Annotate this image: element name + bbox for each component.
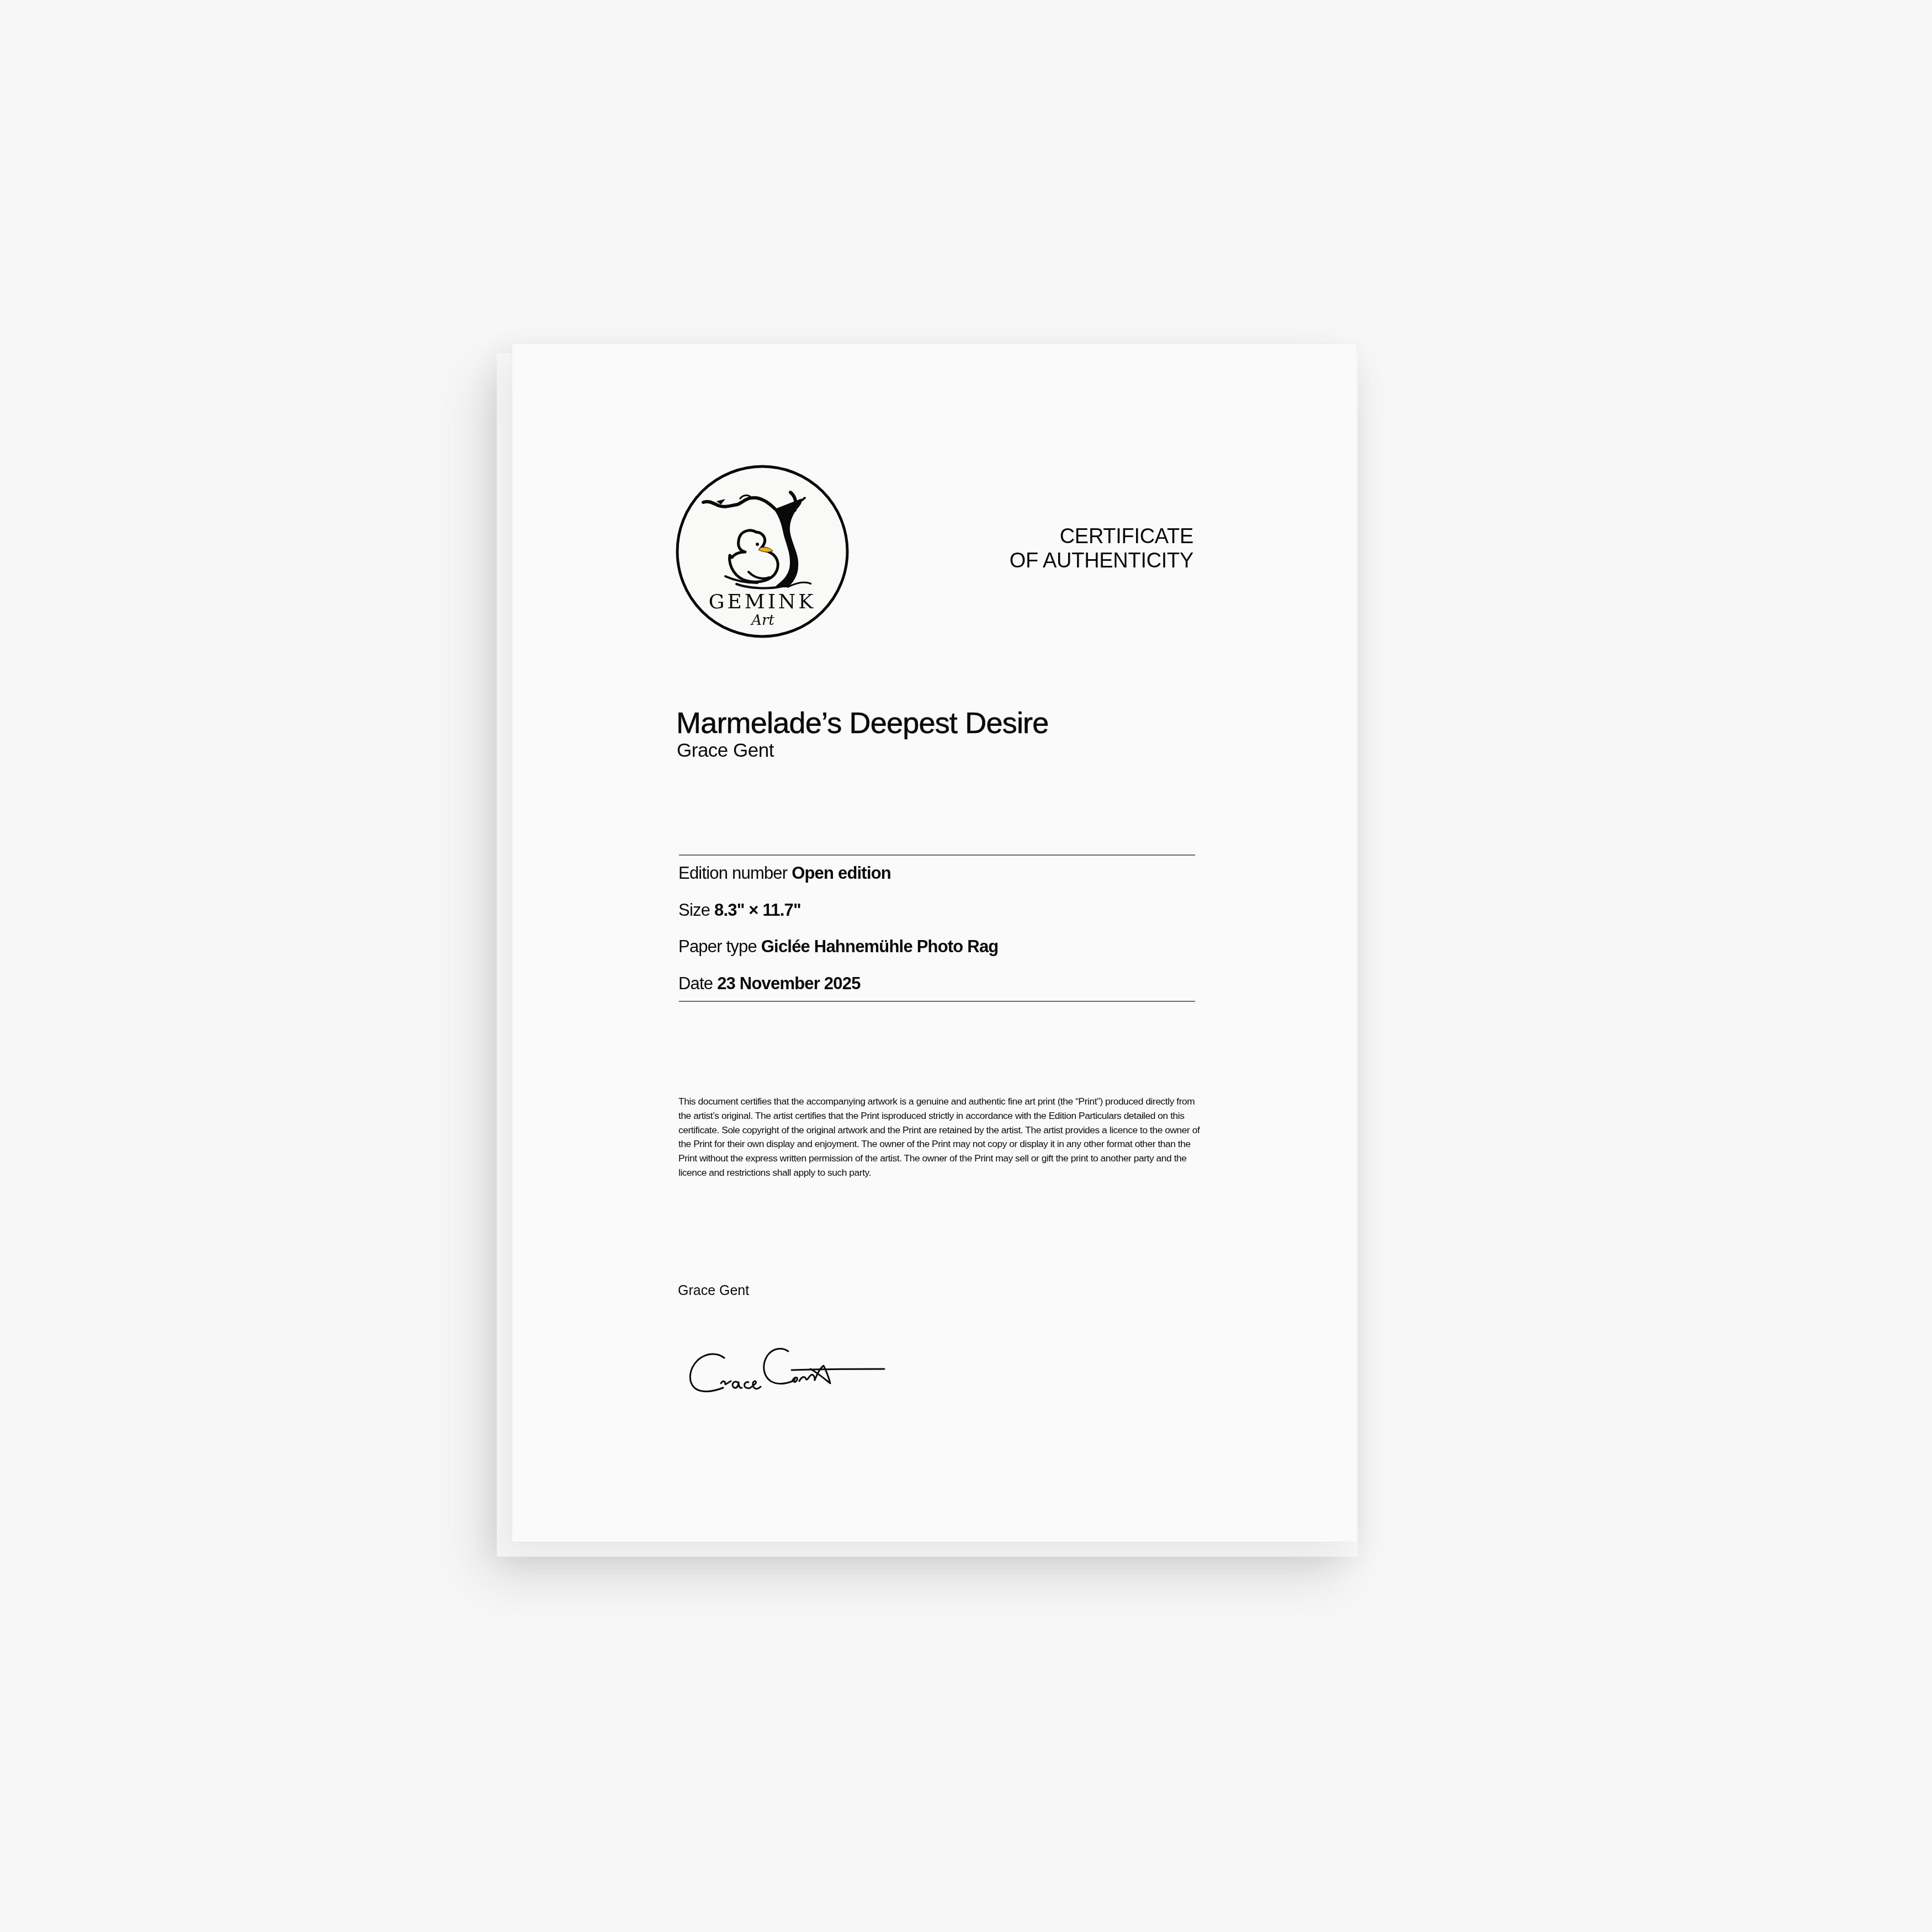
particular-value: 23 November 2025	[717, 974, 860, 993]
artwork-artist: Grace Gent	[677, 740, 774, 762]
particulars-top-divider	[679, 854, 1195, 856]
gemink-art-logo: GEMINK Art	[675, 464, 850, 639]
logo-brand-name: GEMINK	[709, 591, 816, 613]
heading-line-1: CERTIFICATE	[1010, 524, 1193, 549]
edition-particulars: Edition number Open edition Size 8.3" × …	[678, 862, 1197, 1009]
particular-paper-type: Paper type Giclée Hahnemühle Photo Rag	[678, 936, 1197, 973]
certificate-heading: CERTIFICATE OF AUTHENTICITY	[1010, 524, 1193, 573]
particular-date: Date 23 November 2025	[678, 973, 1197, 1010]
signer-name: Grace Gent	[678, 1282, 749, 1299]
particulars-bottom-divider	[679, 1001, 1195, 1002]
gemink-duck-tree-logo-icon: GEMINK Art	[675, 464, 850, 639]
logo-brand-sub: Art	[750, 612, 774, 629]
heading-line-2: OF AUTHENTICITY	[1010, 549, 1193, 573]
particular-value: 8.3" × 11.7"	[714, 900, 801, 920]
handwritten-signature-icon	[684, 1341, 905, 1413]
particular-size: Size 8.3" × 11.7"	[678, 899, 1197, 936]
particular-value: Open edition	[792, 863, 891, 883]
artwork-title: Marmelade’s Deepest Desire	[676, 707, 1049, 740]
signature	[684, 1341, 905, 1413]
particular-label: Edition number	[678, 863, 787, 883]
particular-label: Paper type	[678, 937, 757, 956]
particular-label: Date	[678, 974, 713, 993]
particular-edition-number: Edition number Open edition	[678, 862, 1197, 899]
particular-label: Size	[678, 900, 710, 920]
particular-value: Giclée Hahnemühle Photo Rag	[761, 937, 999, 956]
authenticity-statement: This document certifies that the accompa…	[678, 1095, 1206, 1180]
